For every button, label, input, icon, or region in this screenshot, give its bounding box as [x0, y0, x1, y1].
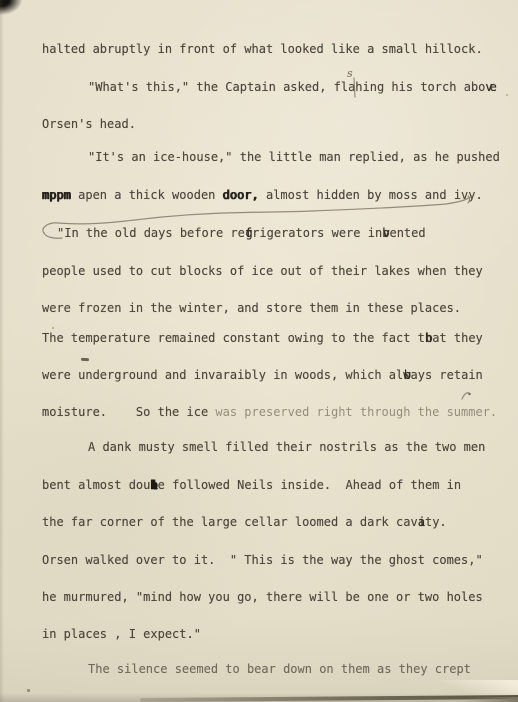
- typed-line: "In the old days before refgrigerators w…: [57, 226, 426, 240]
- typed-text-segment: ty.: [425, 515, 447, 529]
- typed-line: moisture. So the ice was preserved right…: [42, 405, 497, 419]
- typed-text-segment: apen a thick wooden: [71, 188, 223, 202]
- typed-text-segment: moisture. So the ice: [42, 405, 215, 419]
- typed-text-segment: Orsen's head.: [42, 117, 136, 131]
- typed-text-segment: were frozen in the winter, and store the…: [42, 301, 461, 315]
- typed-text-segment: mppm: [42, 188, 71, 202]
- typed-line: in places , I expect.": [42, 627, 201, 641]
- typed-text-segment: he murmured, "mind how you go, there wil…: [42, 590, 483, 604]
- typed-line: The temperature remained constant owing …: [42, 331, 483, 345]
- typed-line: people used to cut blocks of ice out of …: [42, 264, 483, 278]
- typed-text-segment: almost hidden by moss and ivy.: [259, 188, 483, 202]
- overstruck-characters: ai: [418, 515, 425, 529]
- ink-smudge-dash: [81, 358, 89, 361]
- typed-text-segment: in places , I expect.": [42, 627, 201, 641]
- typed-line: the far corner of the large cellar loome…: [42, 515, 447, 529]
- typed-text-segment: "It's an ice-house," the little man repl…: [88, 150, 500, 164]
- typed-line: mppm apen a thick wooden door, almost hi…: [42, 188, 483, 202]
- typed-text-segment: ented: [389, 226, 425, 240]
- typed-line: The silence seemed to bear down on them …: [88, 662, 471, 676]
- typed-text-segment: the far corner of the large cellar loome…: [42, 515, 418, 529]
- typed-line: were underground and invaraibly in woods…: [42, 368, 483, 382]
- typed-text-segment: door,: [223, 188, 259, 202]
- paper-speck: [52, 327, 54, 329]
- typed-text-segment: abo: [464, 80, 486, 94]
- overstruck-characters: hb: [425, 331, 432, 345]
- closing-quote-dot: [468, 393, 470, 395]
- typed-text-segment: people used to cut blocks of ice out of …: [42, 264, 483, 278]
- typed-line: "It's an ice-house," the little man repl…: [88, 150, 500, 164]
- typed-text-segment: The silence seemed to bear down on them …: [88, 662, 471, 676]
- typed-text-segment: A dank musty smell filled their nostrils…: [88, 440, 485, 454]
- typed-line: A dank musty smell filled their nostrils…: [88, 440, 485, 454]
- typed-text-segment: at they: [432, 331, 483, 345]
- typed-text-segment: bent almost dou: [42, 478, 150, 492]
- overstruck-characters: bv: [382, 226, 389, 240]
- inserted-letter-annotation: s: [347, 67, 353, 80]
- typed-text-segment: Orsen walked over to it. " This is the w…: [42, 553, 483, 567]
- paper-speck: [506, 94, 508, 96]
- typed-text-segment: "In the old days before re: [57, 226, 245, 240]
- left-edge-shadow: [0, 0, 4, 702]
- typed-line: Orsen's head.: [42, 117, 136, 131]
- typed-line: halted abruptly in front of what looked …: [42, 42, 483, 56]
- typed-text-segment: The temperature remained constant owing …: [42, 331, 425, 345]
- typed-text-segment: "What's this," the Captain asked, flahin…: [88, 80, 464, 94]
- typed-line: bent almost double followed Neils inside…: [42, 478, 461, 492]
- typed-line: were frozen in the winter, and store the…: [42, 301, 461, 315]
- overstruck-characters: ve: [485, 80, 497, 94]
- typed-text-segment: rigerators were in: [252, 226, 382, 240]
- overstruck-characters: bl: [150, 478, 157, 492]
- typed-text-segment: e followed Neils inside. Ahead of them i…: [158, 478, 461, 492]
- bottom-right-shadow: [463, 697, 518, 702]
- closing-quote-tick: [462, 393, 469, 399]
- typed-text-segment: halted abruptly in front of what looked …: [42, 42, 483, 56]
- typed-line: "What's this," the Captain asked, flahin…: [88, 80, 497, 94]
- typed-text-segment: was preserved right through the summer.: [215, 405, 497, 419]
- paper-speck: [27, 689, 30, 692]
- typed-text-segment: ays retain: [411, 368, 483, 382]
- typed-line: he murmured, "mind how you go, there wil…: [42, 590, 483, 604]
- typed-text-segment: were underground and invaraibly in woods…: [42, 368, 403, 382]
- manuscript-page: halted abruptly in front of what looked …: [0, 0, 518, 702]
- typed-line: Orsen walked over to it. " This is the w…: [42, 553, 483, 567]
- overstruck-characters: wb: [403, 368, 410, 382]
- overstruck-characters: fg: [245, 226, 252, 240]
